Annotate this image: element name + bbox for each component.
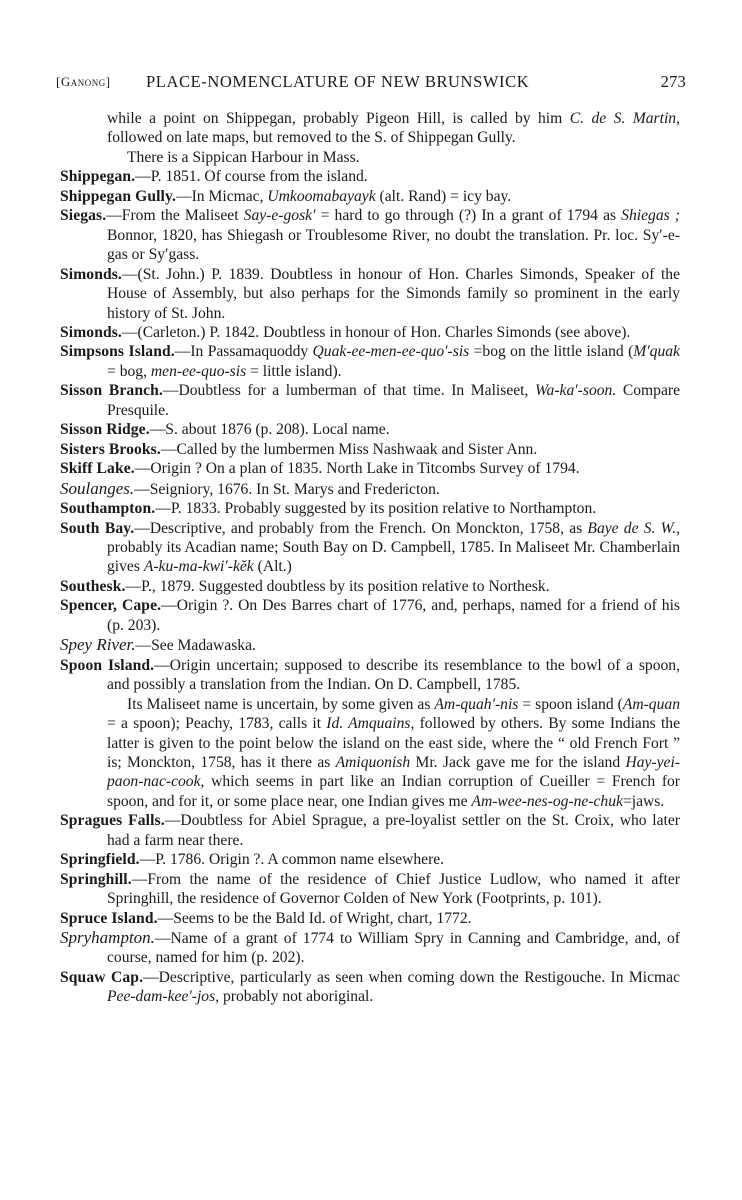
entry-headword: Southesk. [60, 578, 125, 595]
entry-headword: Simonds. [60, 324, 122, 341]
dictionary-entry: Sisson Branch.—Doubtless for a lumberman… [60, 381, 680, 420]
dictionary-entry: Squaw Cap.—Descriptive, particularly as … [60, 968, 680, 1007]
entry-headword: Simpsons Island. [60, 343, 175, 360]
entry-headword: Squaw Cap. [60, 969, 143, 986]
entry-headword: Springhill. [60, 871, 132, 888]
entry-headword: Southampton. [60, 500, 155, 517]
entry-headword: Soulanges. [60, 479, 134, 498]
dictionary-entry: Spragues Falls.—Doubtless for Abiel Spra… [60, 811, 680, 850]
dictionary-entry: Spoon Island.—Origin uncertain; supposed… [60, 656, 680, 695]
entry-headword: Sisters Brooks. [60, 441, 161, 458]
dictionary-entry: Sisson Ridge.—S. about 1876 (p. 208). Lo… [60, 420, 680, 439]
dictionary-entry: Simonds.—(St. John.) P. 1839. Doubtless … [60, 265, 680, 323]
continuation-paragraph: while a point on Shippegan, probably Pig… [60, 109, 680, 148]
page-body: while a point on Shippegan, probably Pig… [60, 109, 680, 1007]
entry-headword: Sisson Ridge. [60, 421, 150, 438]
entry-subparagraph: Its Maliseet name is uncertain, by some … [60, 695, 680, 812]
entry-headword: Shippegan Gully. [60, 188, 176, 205]
section-author: [Ganong] [56, 74, 111, 90]
entry-headword: Springfield. [60, 851, 140, 868]
entry-headword: Spragues Falls. [60, 812, 165, 829]
dictionary-entry: Sisters Brooks.—Called by the lumbermen … [60, 440, 680, 459]
dictionary-entry: Shippegan Gully.—In Micmac, Umkoomabayay… [60, 187, 680, 206]
dictionary-entry: Southampton.—P. 1833. Probably suggested… [60, 499, 680, 518]
entry-headword: Spencer, Cape. [60, 597, 161, 614]
page-number: 273 [661, 72, 686, 92]
entry-headword: Spoon Island. [60, 657, 154, 674]
dictionary-entry: Spryhampton.—Name of a grant of 1774 to … [60, 928, 680, 968]
dictionary-entry: Spencer, Cape.—Origin ?. On Des Barres c… [60, 596, 680, 635]
dictionary-entry: Springhill.—From the name of the residen… [60, 870, 680, 909]
dictionary-entry: Simpsons Island.—In Passamaquoddy Quak-e… [60, 342, 680, 381]
entry-headword: Siegas. [60, 207, 106, 224]
running-header: [Ganong] PLACE-NOMENCLATURE OF NEW BRUNS… [56, 72, 686, 94]
dictionary-entry: South Bay.—Descriptive, and probably fro… [60, 519, 680, 577]
continuation-note: There is a Sippican Harbour in Mass. [60, 148, 680, 167]
page-title: PLACE-NOMENCLATURE OF NEW BRUNSWICK [146, 72, 529, 92]
entry-headword: Sisson Branch. [60, 382, 163, 399]
entry-headword: Skiff Lake. [60, 460, 135, 477]
dictionary-entry: Spruce Island.—Seems to be the Bald Id. … [60, 909, 680, 928]
entry-headword: South Bay. [60, 520, 134, 537]
entry-headword: Spryhampton. [60, 928, 155, 947]
dictionary-entry: Siegas.—From the Maliseet Say-e-gosk′ = … [60, 206, 680, 264]
entry-headword: Simonds. [60, 266, 122, 283]
entry-headword: Spruce Island. [60, 910, 158, 927]
entry-list: Shippegan.—P. 1851. Of course from the i… [60, 167, 680, 1006]
entry-headword: Spey River. [60, 635, 136, 654]
dictionary-entry: Springfield.—P. 1786. Origin ?. A common… [60, 850, 680, 869]
dictionary-entry: Skiff Lake.—Origin ? On a plan of 1835. … [60, 459, 680, 478]
dictionary-entry: Spey River.—See Madawaska. [60, 635, 680, 655]
dictionary-entry: Soulanges.—Seigniory, 1676. In St. Marys… [60, 479, 680, 499]
dictionary-entry: Southesk.—P., 1879. Suggested doubtless … [60, 577, 680, 596]
dictionary-entry: Simonds.—(Carleton.) P. 1842. Doubtless … [60, 323, 680, 342]
entry-headword: Shippegan. [60, 168, 135, 185]
dictionary-entry: Shippegan.—P. 1851. Of course from the i… [60, 167, 680, 186]
